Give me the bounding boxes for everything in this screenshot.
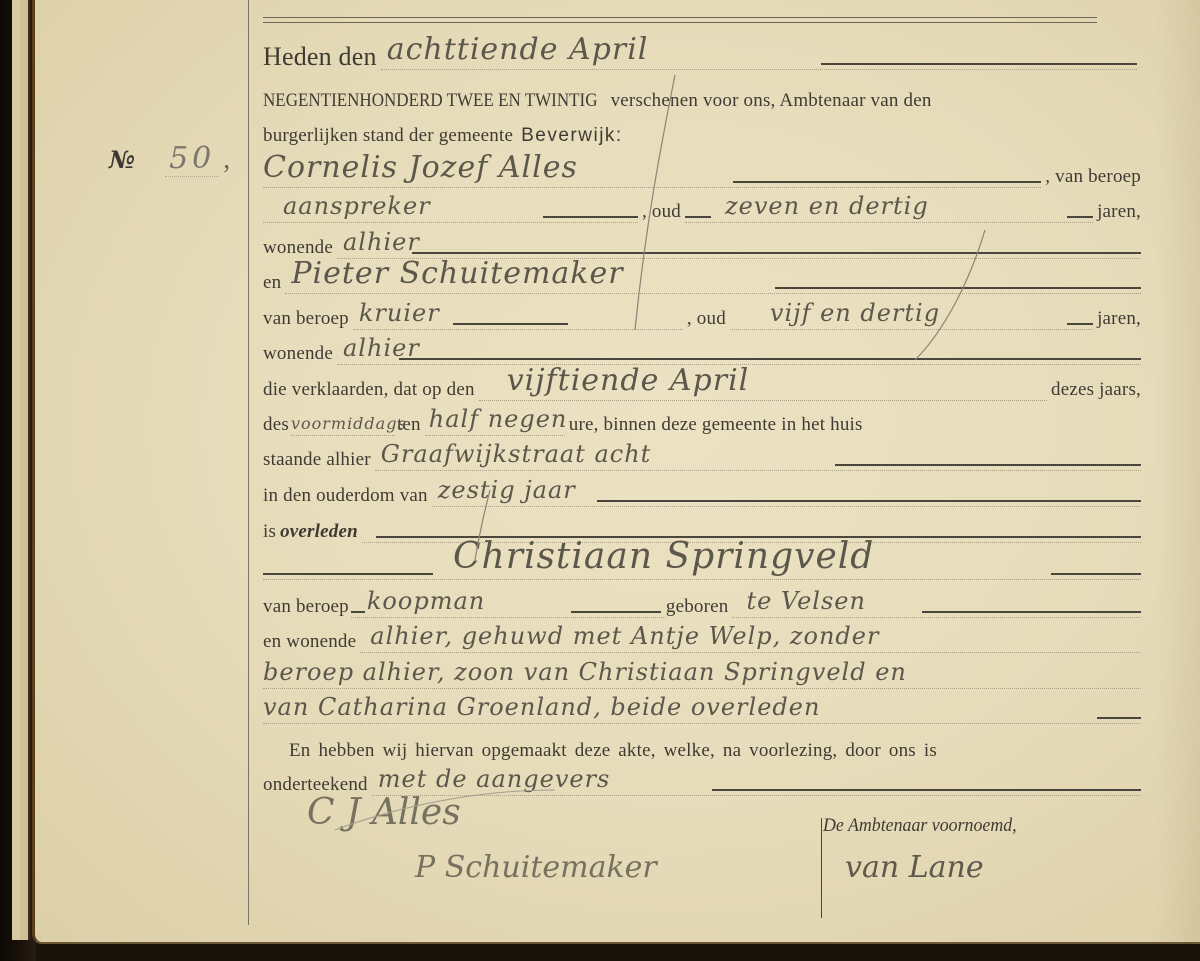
line-closing: En hebben wij hiervan opgemaakt deze akt… — [263, 732, 1141, 762]
line-declarant1-name: Cornelis Jozef Alles , van beroep — [263, 158, 1141, 188]
signature-bracket — [813, 818, 822, 918]
birthplace-field: te Velsen — [732, 587, 1141, 618]
deceased-occupation-field: koopman — [351, 587, 666, 618]
line-date: Heden den achttiende April — [263, 40, 1141, 70]
declarant1-residence-field: alhier — [337, 228, 1141, 259]
line-declarant2-occupation: van beroep kruier , oud vijf en dertig j… — [263, 300, 1141, 330]
death-address-field: Graafwijkstraat acht — [375, 440, 1141, 471]
line-declarant1-residence: wonende alhier — [263, 229, 1141, 259]
line-deceased-name: Christiaan Springveld — [263, 550, 1141, 580]
signature-declarant1: C J Alles — [307, 792, 461, 833]
signed-with-field: met de aangevers — [372, 765, 1141, 796]
declarant1-occupation-field: aanspreker — [263, 192, 638, 223]
line-deceased-age: in den ouderdom van zestig jaar — [263, 477, 1141, 507]
line-death-time: des voormiddags ten half negen ure, binn… — [263, 406, 1141, 436]
deceased-age-field: zestig jaar — [432, 476, 1141, 507]
deceased-residence-field: alhier, gehuwd met Antje Welp, zonder — [360, 622, 1141, 653]
heden-label: Heden den — [263, 44, 377, 70]
line-parents: beroep alhier, zoon van Christiaan Sprin… — [263, 659, 1141, 689]
declarant2-age-field: vijf en dertig — [730, 299, 1093, 330]
date-field: achttiende April — [381, 39, 1137, 70]
page-stack-edge — [20, 0, 30, 940]
declarant2-occupation-field: kruier — [353, 299, 683, 330]
line-parents-cont: van Catharina Groenland, beide overleden — [263, 694, 1141, 724]
signature-declarant2: P Schuitemaker — [415, 850, 657, 885]
numero-sign: № — [109, 145, 135, 174]
death-time-field: half negen — [425, 405, 565, 436]
official-label: De Ambtenaar voornoemd, — [823, 815, 1017, 837]
declarant1-age-field: zeven en dertig — [685, 192, 1093, 223]
deceased-name-field: Christiaan Springveld — [263, 549, 1141, 580]
line-declarant2-name: en Pieter Schuitemaker — [263, 264, 1141, 294]
line-declarant2-residence: wonende alhier — [263, 335, 1141, 365]
parents-field: beroep alhier, zoon van Christiaan Sprin… — [263, 658, 1141, 689]
line-municipality: burgerlijken stand der gemeente Beverwij… — [263, 117, 1141, 147]
margin-rule — [248, 0, 249, 925]
signature-official: van Lane — [845, 850, 984, 885]
death-certificate-page: № 50 , Heden den achttiende April NEGENT… — [32, 0, 1200, 944]
parents-cont-field: van Catharina Groenland, beide overleden — [263, 693, 1141, 724]
line-deceased-residence: en wonende alhier, gehuwd met Antje Welp… — [263, 623, 1141, 653]
declarant2-name-field: Pieter Schuitemaker — [285, 263, 1141, 294]
declarant1-name-field: Cornelis Jozef Alles — [263, 157, 1041, 188]
line-year: NEGENTIENHONDERD TWEE EN TWINTIG versche… — [263, 82, 1141, 112]
declarant2-residence-field: alhier — [337, 334, 1141, 365]
top-double-rule — [263, 17, 1097, 23]
record-number-value: 50 — [165, 141, 219, 177]
line-declarant1-occupation: aanspreker , oud zeven en dertig jaren, — [263, 193, 1141, 223]
death-date-field: vijftiende April — [479, 370, 1047, 401]
day-part-field: voormiddags — [291, 405, 395, 436]
year-text: NEGENTIENHONDERD TWEE EN TWINTIG — [263, 91, 597, 112]
line-deceased-occupation: van beroep koopman geboren te Velsen — [263, 588, 1141, 618]
line-death-date: die verklaarden, dat op den vijftiende A… — [263, 371, 1141, 401]
record-number: № 50 , — [109, 141, 230, 177]
line-death-address: staande alhier Graafwijkstraat acht — [263, 441, 1141, 471]
municipality-name: Beverwijk: — [521, 125, 623, 147]
